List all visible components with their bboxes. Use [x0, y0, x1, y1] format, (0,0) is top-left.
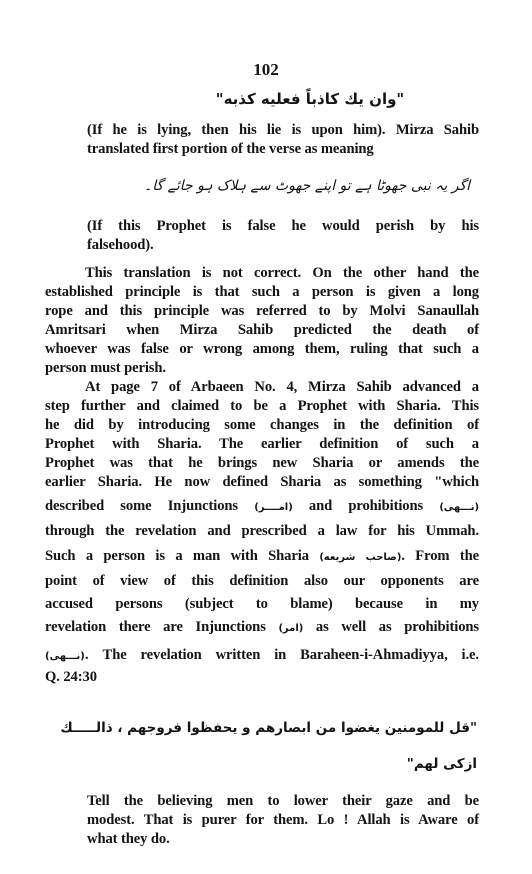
document-page: 102 "وان يك كاذباً فعليه كذبه" (If he is… [0, 0, 532, 874]
verse-english-translation: Tell the believing men to lower their ga… [87, 792, 479, 849]
text-line: This translation is not correct. On the … [45, 264, 479, 283]
text-line: Prophet with Sharia. The earlier definit… [45, 435, 479, 454]
text-line: Amritsari when Mirza Sahib predicted the… [45, 321, 479, 340]
text-line: Q. 24:30 [45, 668, 479, 687]
text-line: modest. That is purer for them. Lo ! All… [87, 811, 479, 830]
text-line: point of view of this definition also ou… [45, 572, 479, 592]
text-line: Such a person is a man with Sharia (صاحب… [45, 547, 479, 567]
verse-translation-block: (If he is lying, then his lie is upon hi… [87, 121, 479, 159]
text-line: revelation there are Injunctions (امر) a… [45, 618, 479, 640]
text-line: accused persons (subject to blame) becau… [45, 595, 479, 615]
text-line: whoever was false or wrong among them, r… [45, 340, 479, 359]
urdu-nahi: (نـــهى) [45, 651, 85, 662]
verse-arabic-2-line2: ازكى لهم" [300, 756, 477, 772]
urdu-injunctions: (امــــر) [254, 502, 292, 513]
text-line: (If this Prophet is false he would peris… [87, 217, 479, 236]
text-line: (نـــهى). The revelation written in Bara… [45, 646, 479, 666]
paragraph-arbaeen: At page 7 of Arbaeen No. 4, Mirza Sahib … [45, 378, 479, 687]
text-line: through the revelation and prescribed a … [45, 522, 479, 542]
text-line: established principle is that such a per… [45, 283, 479, 302]
text-line: step further and claimed to be a Prophet… [45, 397, 479, 416]
verse-arabic-1: "وان يك كاذباً فعليه كذبه" [185, 90, 435, 108]
text-line: Prophet was that he brings new Sharia or… [45, 454, 479, 473]
text-line: translated first portion of the verse as… [87, 140, 479, 159]
text-line: Tell the believing men to lower their ga… [87, 792, 479, 811]
text-line: he did by introducing some changes in th… [45, 416, 479, 435]
text-line: what they do. [87, 830, 479, 849]
urdu-amr: (امر) [278, 623, 303, 634]
text-line: falsehood). [87, 236, 479, 255]
urdu-sahib-sharia: (صاحب شريعه) [319, 552, 401, 563]
text-line: earlier Sharia. He now defined Sharia as… [45, 473, 479, 492]
paragraph-translation-not-correct: This translation is not correct. On the … [45, 264, 479, 378]
urdu-prohibitions: (نـــهى) [439, 502, 479, 513]
text-line: rope and this principle was referred to … [45, 302, 479, 321]
text-line: described some Injunctions (امــــر) and… [45, 497, 479, 517]
urdu-translation-line: اگر یہ نبی جھوٹا ہے تو اپنے جھوٹ سے ہلاک… [150, 178, 470, 194]
page-number: 102 [0, 60, 532, 80]
prophet-false-block: (If this Prophet is false he would peris… [87, 217, 479, 255]
verse-arabic-2-line1: "قل للمومنين يغضوا من ابصارهم و يحفظوا ف… [75, 720, 477, 736]
text-line: person must perish. [45, 359, 479, 378]
text-line: At page 7 of Arbaeen No. 4, Mirza Sahib … [45, 378, 479, 397]
text-line: (If he is lying, then his lie is upon hi… [87, 121, 479, 140]
